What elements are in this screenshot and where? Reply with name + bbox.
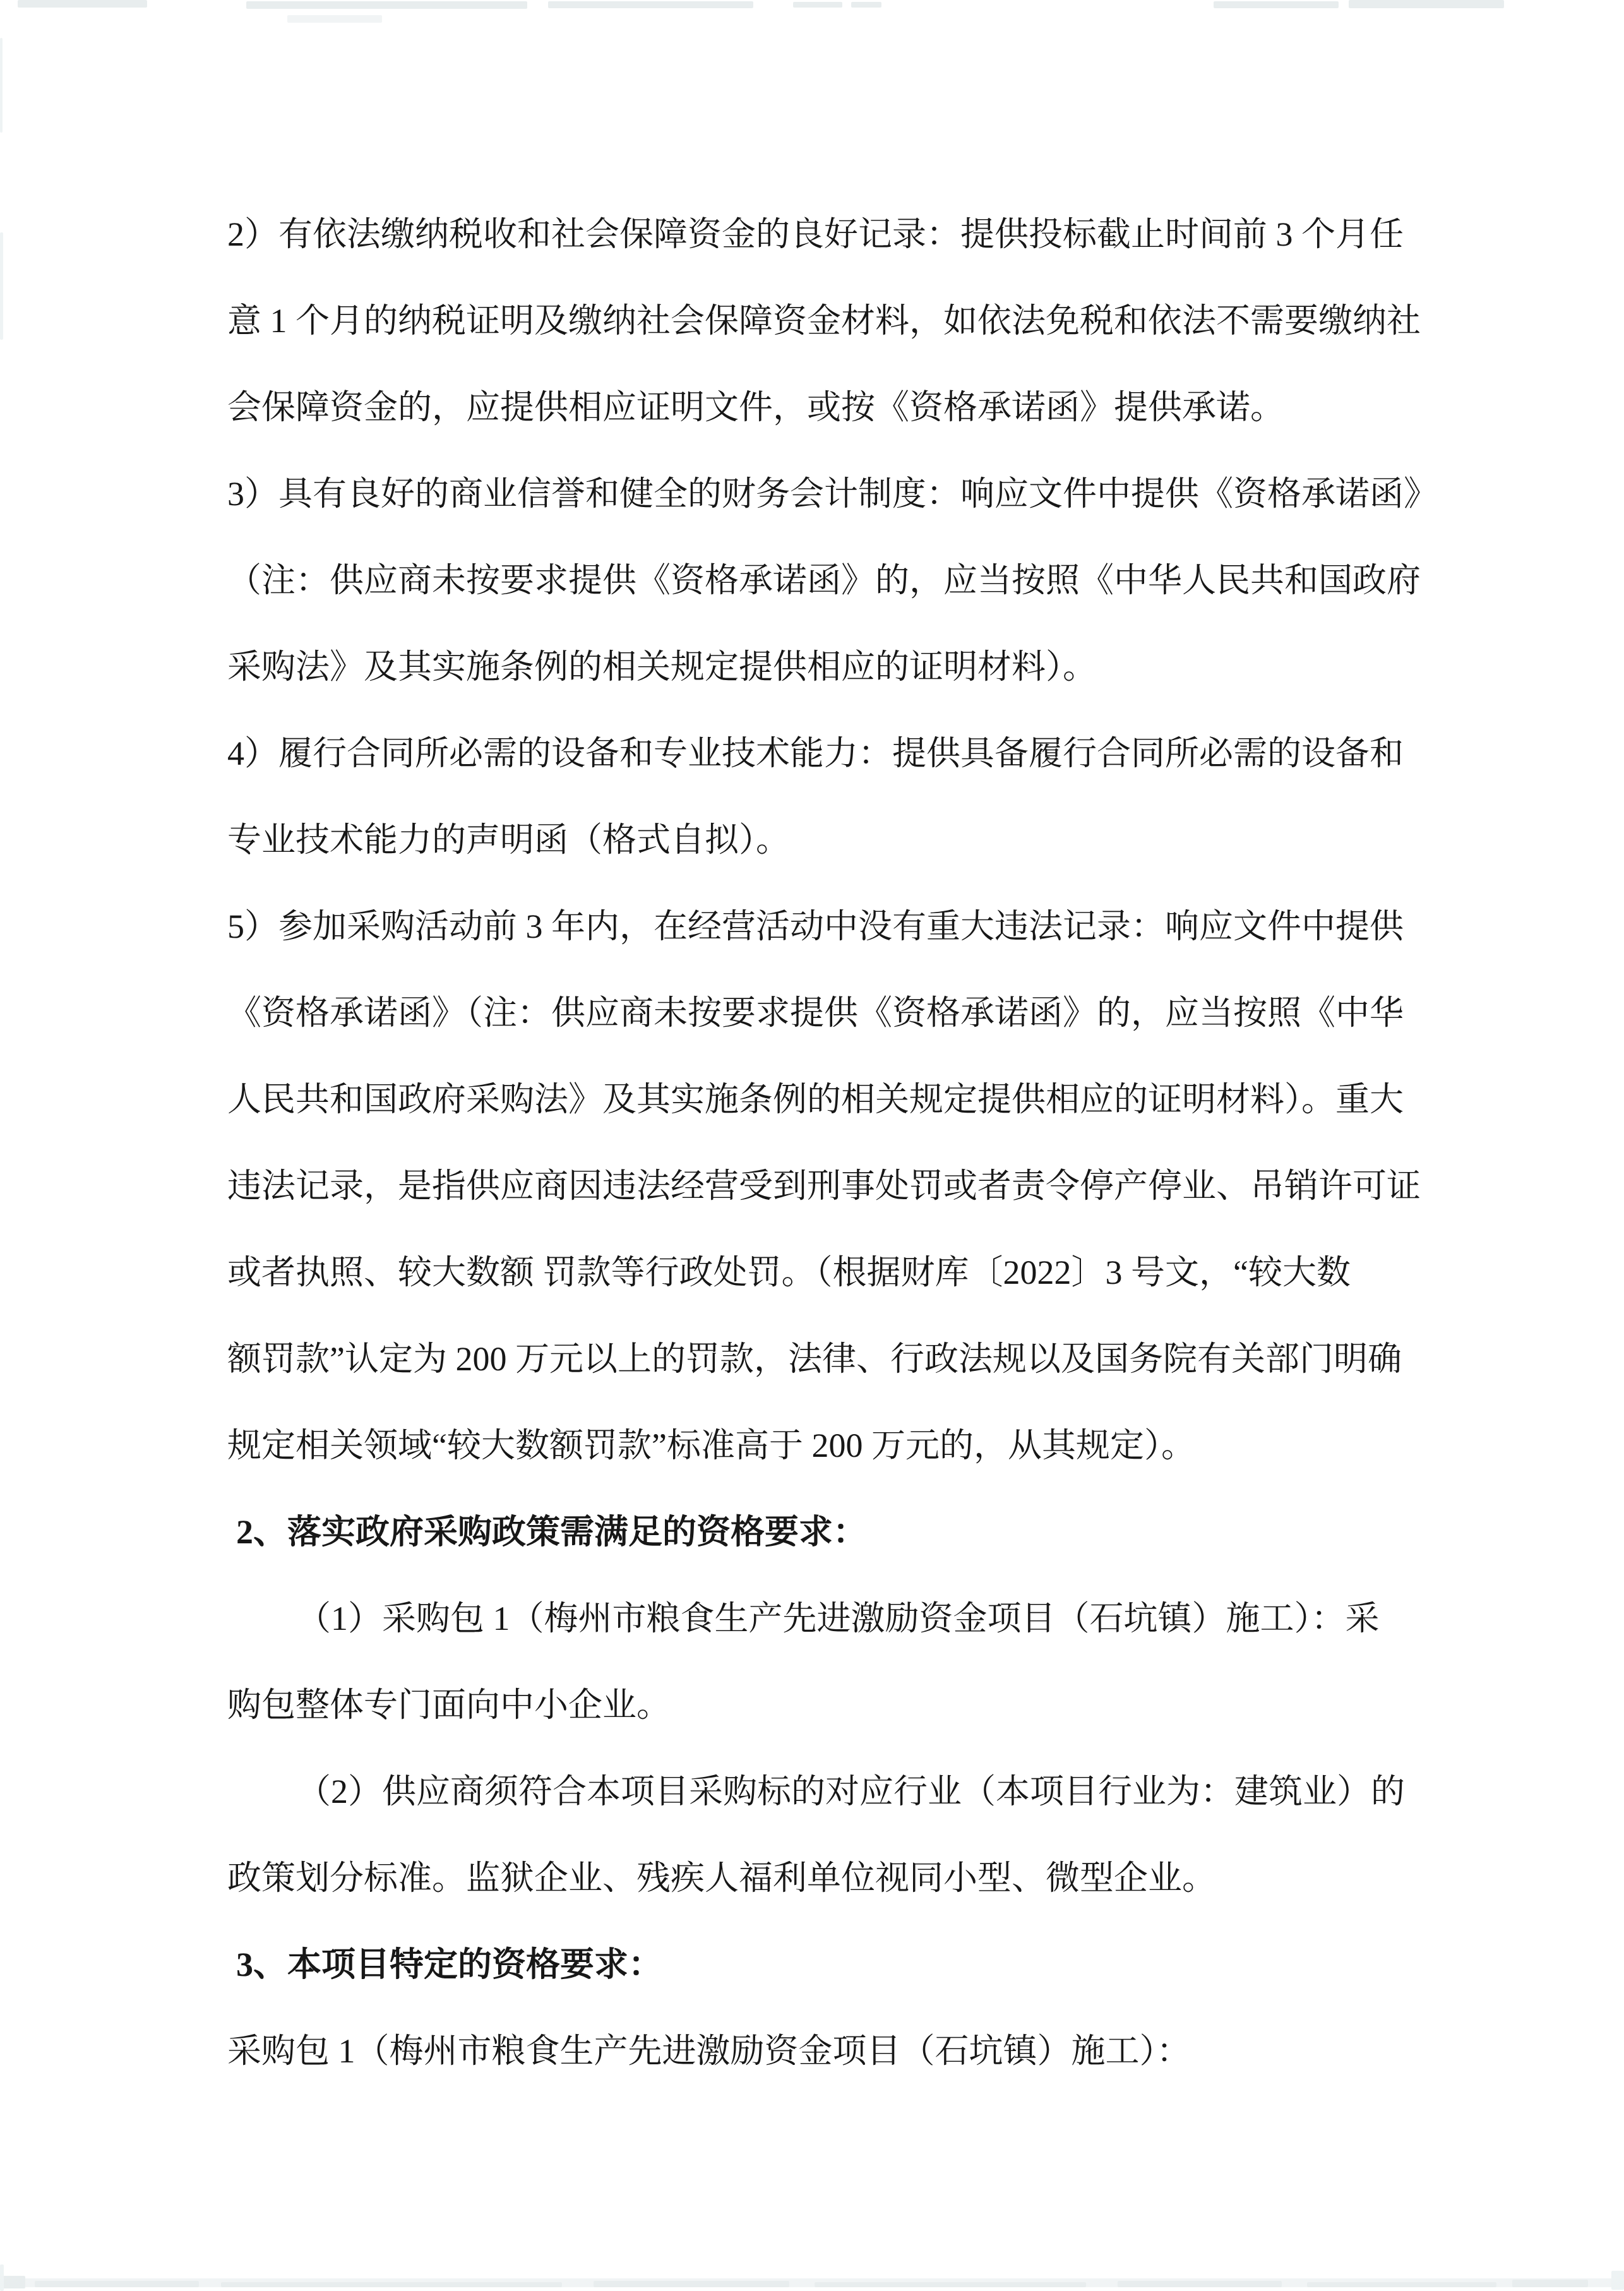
doc-line-13: 或者执照、较大数额 罚款等行政处罚。（根据财库〔2022〕3 号文，“较大数 (227, 1229, 1402, 1316)
artifact-dash (1307, 2282, 1496, 2287)
doc-line-18: 购包整体专门面向中小企业。 (227, 1662, 1402, 1749)
doc-line-19: （2）供应商须符合本项目采购标的对应行业（本项目行业为：建筑业）的 (227, 1749, 1402, 1835)
artifact-dash (594, 2281, 789, 2287)
artifact-dash (815, 2282, 1086, 2287)
doc-line-12: 违法记录，是指供应商因违法经营受到刑事处罚或者责令停产停业、吊销许可证 (227, 1143, 1402, 1229)
artifact-dash (548, 1, 753, 8)
artifact-dash (851, 2, 881, 8)
artifact-dash (1118, 2281, 1282, 2287)
artifact-dash (793, 2, 842, 8)
artifact-dash (18, 0, 147, 8)
doc-line-22: 采购包 1（梅州市粮食生产先进激励资金项目（石坑镇）施工）： (227, 2008, 1402, 2095)
artifact-edge-mark (1611, 2271, 1624, 2290)
doc-line-8: 专业技术能力的声明函（格式自拟）。 (227, 797, 1402, 883)
doc-line-14: 额罚款”认定为 200 万元以上的罚款，法律、行政法规以及国务院有关部门明确 (227, 1316, 1402, 1403)
section-heading-procurement-policy: 2、落实政府采购政策需满足的资格要求： (236, 1489, 1402, 1576)
doc-line-15: 规定相关领域“较大数额罚款”标准高于 200 万元的，从其规定）。 (227, 1403, 1402, 1489)
doc-line-10: 《资格承诺函》（注：供应商未按要求提供《资格承诺函》的，应当按照《中华 (227, 970, 1402, 1056)
artifact-dash (287, 15, 382, 23)
section-heading-project-specific: 3、本项目特定的资格要求： (236, 1922, 1402, 2008)
artifact-dash (0, 2276, 25, 2288)
artifact-edge-mark (0, 232, 3, 340)
artifact-dash (246, 1, 527, 9)
doc-line-1: 2）有依法缴纳税收和社会保障资金的良好记录：提供投标截止时间前 3 个月任 (227, 191, 1402, 278)
artifact-dash (1214, 1, 1339, 8)
artifact-dash (35, 2281, 199, 2287)
doc-line-6: 采购法》及其实施条例的相关规定提供相应的证明材料）。 (227, 624, 1402, 710)
doc-line-11: 人民共和国政府采购法》及其实施条例的相关规定提供相应的证明材料）。重大 (227, 1056, 1402, 1143)
doc-line-4: 3）具有良好的商业信誉和健全的财务会计制度：响应文件中提供《资格承诺函》 (227, 451, 1402, 537)
doc-line-7: 4）履行合同所必需的设备和专业技术能力：提供具备履行合同所必需的设备和 (227, 710, 1402, 797)
doc-line-2: 意 1 个月的纳税证明及缴纳社会保障资金材料，如依法免税和依法不需要缴纳社 (227, 278, 1402, 364)
artifact-edge-mark (0, 38, 3, 133)
artifact-edge-mark (0, 2264, 4, 2291)
artifact-dash (0, 2278, 1624, 2287)
artifact-dash (1512, 2280, 1588, 2287)
doc-line-20: 政策划分标准。监狱企业、残疾人福利单位视同小型、微型企业。 (227, 1835, 1402, 1922)
document-page: { "page": { "background": "#ffffff", "te… (0, 0, 1624, 2291)
doc-line-5: （注：供应商未按要求提供《资格承诺函》的，应当按照《中华人民共和国政府 (227, 537, 1402, 624)
artifact-dash (221, 2282, 562, 2287)
doc-line-9: 5）参加采购活动前 3 年内，在经营活动中没有重大违法记录：响应文件中提供 (227, 883, 1402, 970)
document-text-block: 2）有依法缴纳税收和社会保障资金的良好记录：提供投标截止时间前 3 个月任 意 … (227, 191, 1402, 2095)
doc-line-3: 会保障资金的，应提供相应证明文件，或按《资格承诺函》提供承诺。 (227, 364, 1402, 451)
doc-line-17: （1）采购包 1（梅州市粮食生产先进激励资金项目（石坑镇）施工）：采 (227, 1576, 1402, 1662)
artifact-dash (1349, 0, 1504, 8)
